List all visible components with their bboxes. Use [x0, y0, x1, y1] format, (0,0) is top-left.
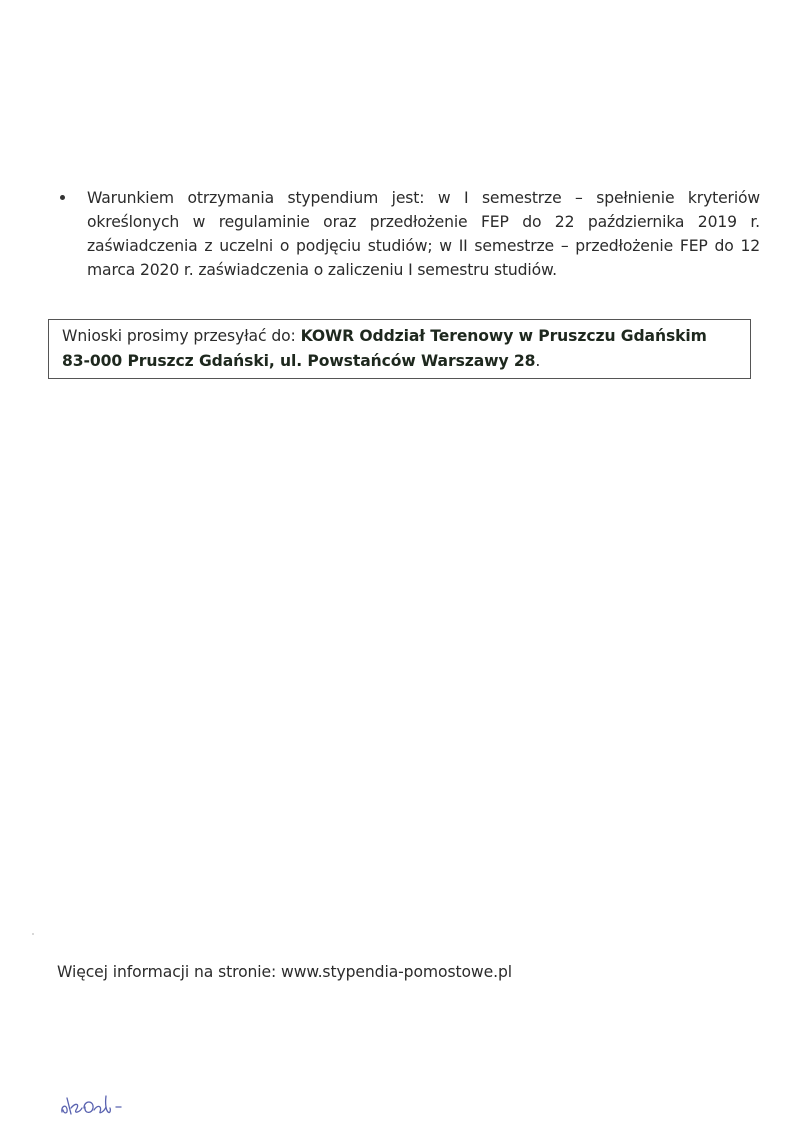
signature-icon: [58, 1090, 138, 1124]
submission-address-line1: KOWR Oddział Terenowy w Pruszczu Gdański…: [301, 327, 707, 345]
more-info-line: Więcej informacji na stronie: www.stypen…: [57, 963, 512, 981]
scan-artifact: [32, 933, 34, 935]
submission-address-line2: 83-000 Pruszcz Gdański, ul. Powstańców W…: [62, 352, 535, 370]
bullet-icon: [60, 195, 65, 200]
submission-intro: Wnioski prosimy przesyłać do:: [62, 327, 301, 345]
conditions-text: Warunkiem otrzymania stypendium jest: w …: [87, 186, 760, 282]
submission-trailing: .: [535, 352, 540, 370]
conditions-bullet-item: Warunkiem otrzymania stypendium jest: w …: [60, 186, 760, 282]
submission-address-box: Wnioski prosimy przesyłać do: KOWR Oddzi…: [48, 319, 751, 379]
